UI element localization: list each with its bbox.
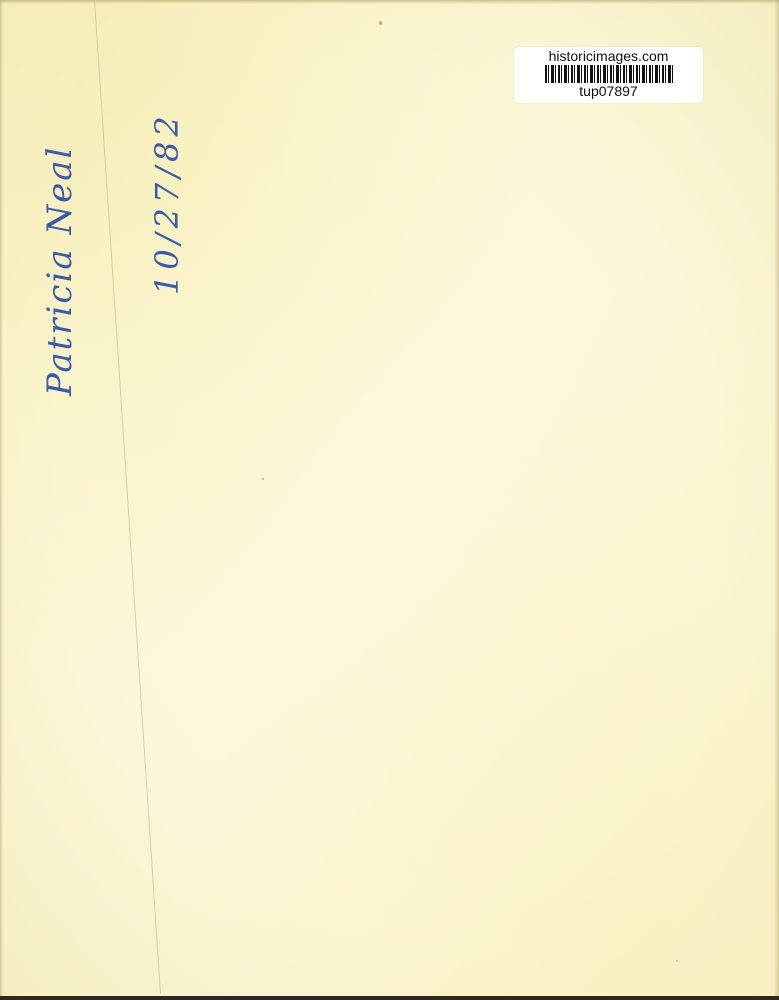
handwritten-date: 10/27/82 — [148, 111, 186, 295]
label-site: historicimages.com — [514, 48, 703, 64]
label-code: tup07897 — [514, 83, 703, 99]
paper-speck — [379, 21, 382, 25]
archive-label: historicimages.com tup07897 — [514, 47, 703, 103]
barcode-icon — [545, 65, 673, 83]
paper-speck — [262, 478, 264, 480]
right-edge — [774, 0, 779, 996]
paper-speck — [676, 960, 678, 962]
top-edge — [0, 0, 779, 4]
handwritten-name: Patricia Neal — [40, 146, 80, 396]
left-edge — [0, 0, 3, 996]
photo-back: historicimages.com tup07897 Patricia Nea… — [0, 0, 779, 996]
